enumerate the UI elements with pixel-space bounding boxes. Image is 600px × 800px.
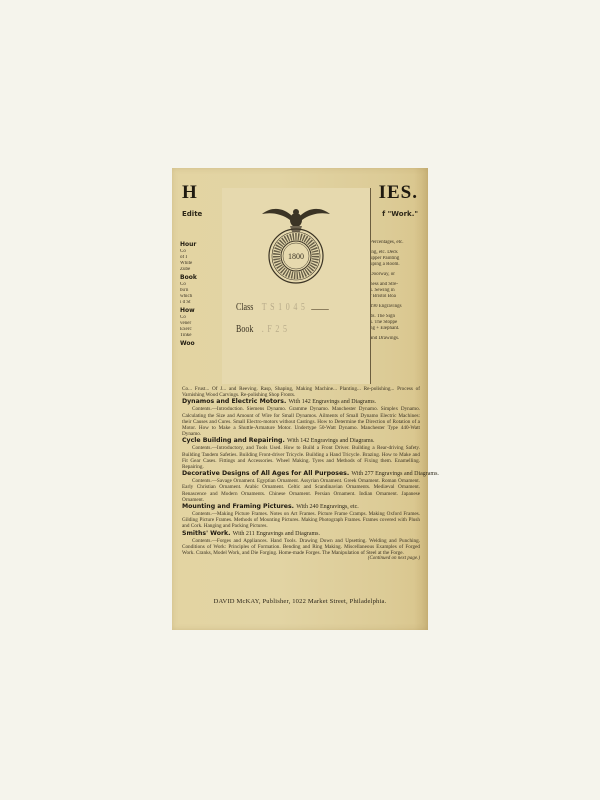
title-left-fragment: H: [182, 182, 198, 204]
section-heading-fragment: Book: [180, 273, 220, 282]
section-heading: Mounting and Framing Pictures. With 240 …: [182, 503, 420, 511]
class-label: Class: [236, 302, 253, 313]
section-contents: Contents.—Savage Ornament. Egyptian Orna…: [182, 478, 420, 503]
section-contents: Contents.—Forges and Appliances. Hand To…: [182, 538, 420, 557]
text-fragment: and Drawings.: [370, 336, 422, 342]
library-seal-icon: 1800: [254, 200, 338, 286]
section-contents: Contents.—Introductory, and Tools Used. …: [182, 445, 420, 470]
library-bookplate: 1800 Class T S 1 0 4 5 Book . F 2 5: [222, 188, 371, 384]
book-value: . F 2 5: [262, 324, 288, 335]
left-text-fragments: HourCoof IWhiteZubeBookCobu'nwhichi d St…: [180, 240, 220, 348]
section-heading: Smiths' Work. With 211 Engravings and Di…: [182, 530, 420, 538]
class-value: T S 1 0 4 5: [262, 302, 306, 313]
subtitle-right-fragment: f "Work.": [382, 210, 418, 218]
publisher-footer: DAVID McKAY, Publisher, 1022 Market Stre…: [172, 598, 428, 605]
title-right-fragment: IES.: [379, 182, 418, 204]
scanned-page: H IES. Edite f "Work." HourCoof IWhiteZu…: [172, 168, 428, 630]
section-heading: Dynamos and Electric Motors. With 142 En…: [182, 398, 420, 406]
section-heading-fragment: Hour: [180, 240, 220, 249]
section-contents: Contents.—Making Picture Frames. Notes o…: [182, 511, 420, 530]
class-number-row: Class T S 1 0 4 5: [236, 302, 329, 313]
subtitle-left-fragment: Edite: [182, 210, 202, 218]
continued-note: (Continued on next page.): [182, 556, 420, 562]
section-heading: Decorative Designs of All Ages for All P…: [182, 470, 420, 478]
catalog-body: Co... Frust... Of J... and Reeving. Rasp…: [182, 386, 420, 562]
section-heading-fragment: Woo: [180, 339, 220, 348]
section-heading-fragment: How: [180, 306, 220, 315]
right-text-fragments: Percentages, etc.ing, etc. Deckupper Pai…: [370, 240, 422, 342]
svg-text:1800: 1800: [288, 252, 304, 261]
upper-continuation-text: Co... Frust... Of J... and Reeving. Rasp…: [182, 386, 420, 398]
catalog-sections: Dynamos and Electric Motors. With 142 En…: [182, 398, 420, 562]
book-number-row: Book . F 2 5: [236, 324, 288, 335]
book-label: Book: [236, 324, 253, 335]
section-contents: Contents.—Introduction. Siemens Dynamo. …: [182, 406, 420, 437]
